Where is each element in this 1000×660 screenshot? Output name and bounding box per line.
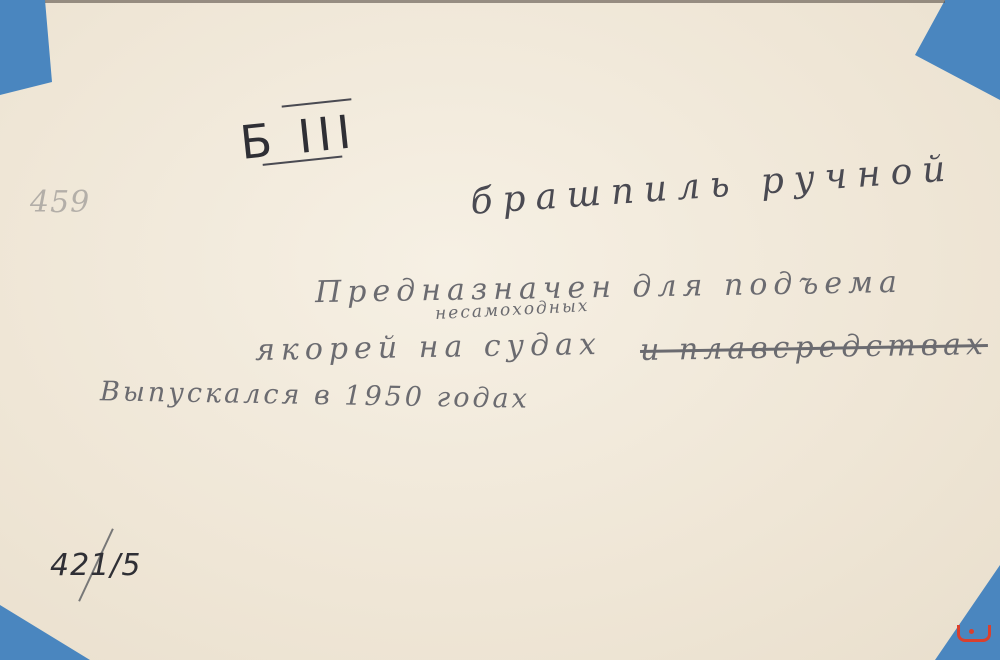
logo-dot [969,629,974,634]
struck-through-text: и плавсредствах [640,327,988,368]
red-smile-logo-icon [957,625,991,642]
margin-number: 459 [30,185,90,220]
purpose-line-2: якорей на судах [255,327,602,368]
catalog-number: 421/5 [50,548,141,583]
card-top-edge [45,0,945,3]
